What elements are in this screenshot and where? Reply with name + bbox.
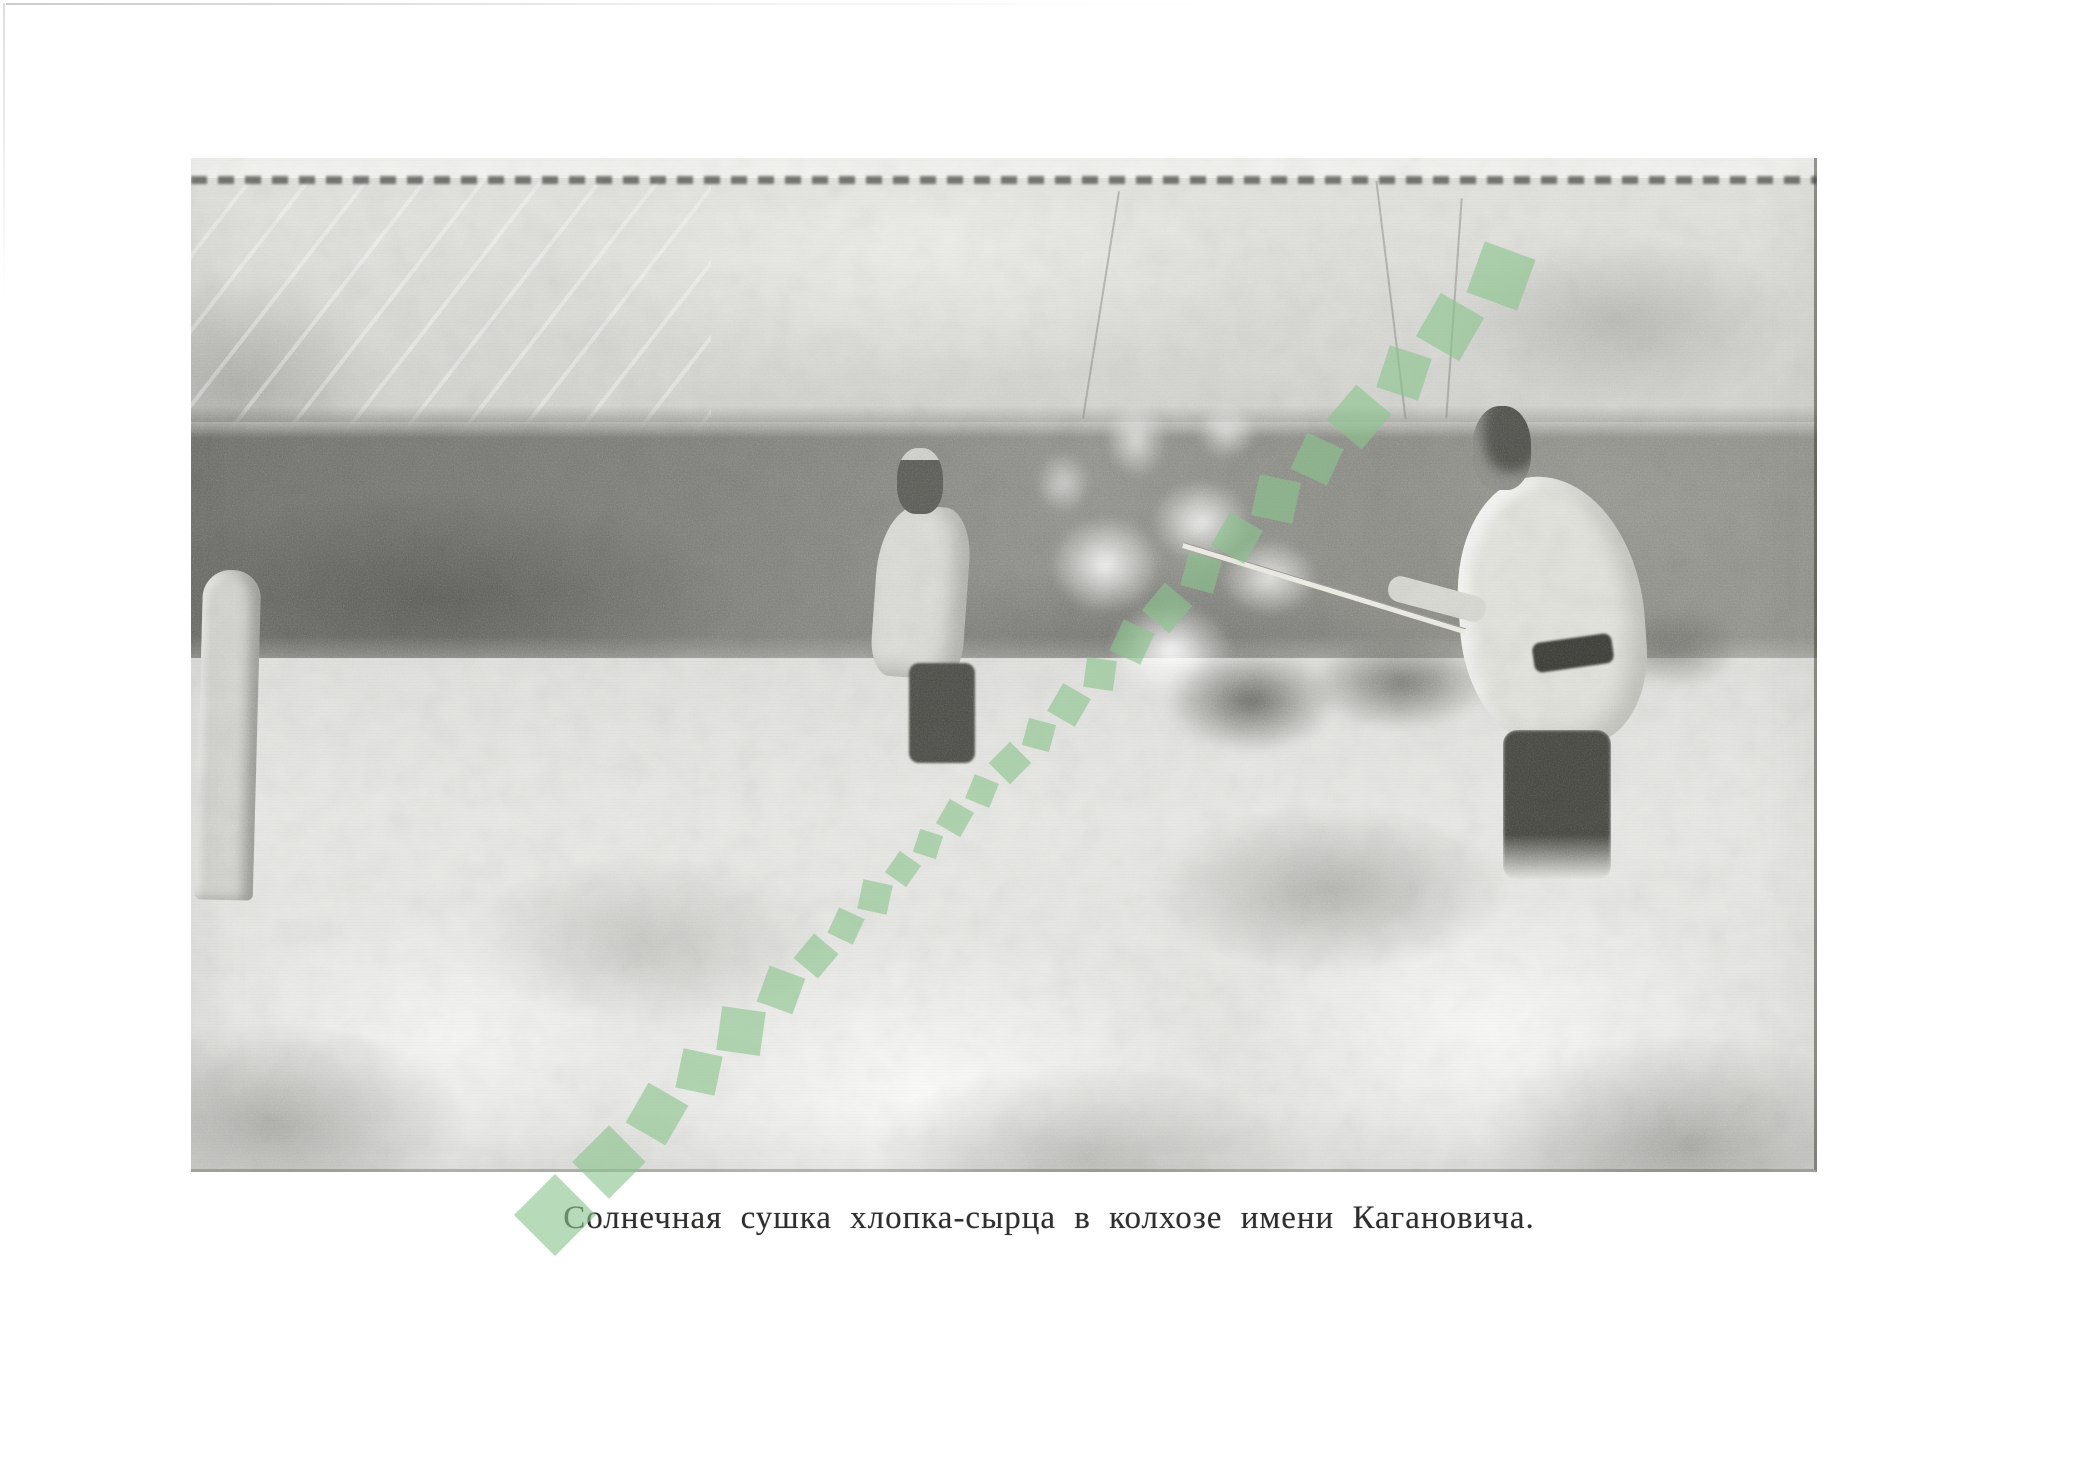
scan-page-edge-top <box>6 3 1206 5</box>
right-worker-legs <box>1503 730 1611 880</box>
photo-top-edge <box>191 176 1817 184</box>
scan-page-edge-left <box>3 3 5 303</box>
photo-top-margin <box>191 158 1817 178</box>
right-worker-head <box>1473 406 1531 490</box>
scanned-book-page: { "page": { "caption": "Солнечная сушка … <box>0 0 2074 1474</box>
halftone-photo <box>191 158 1817 1172</box>
photo-caption: Солнечная сушка хлопка-сырца в колхозе и… <box>191 1200 1817 1237</box>
wooden-post <box>195 569 262 900</box>
left-worker-head <box>897 448 943 514</box>
